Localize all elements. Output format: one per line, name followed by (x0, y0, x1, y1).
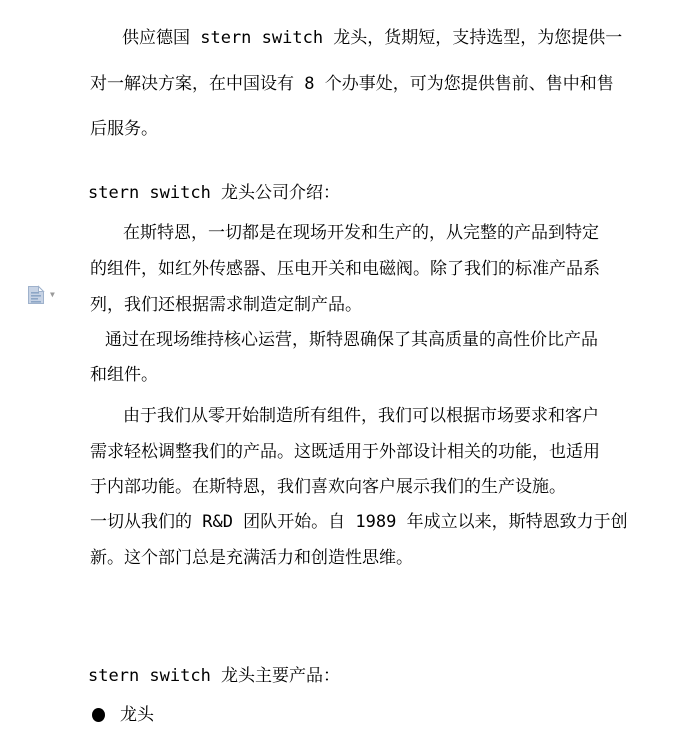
onsite-para-line-1: 在斯特恩，一切都是在现场开发和生产的，从完整的产品到特定 (123, 223, 599, 243)
core-para-line-1: 通过在现场维持核心运营，斯特恩确保了其高质量的高性价比产品 (105, 330, 598, 350)
products-heading: stern switch 龙头主要产品： (88, 666, 340, 686)
word-document-page: ▼ 供应德国 stern switch 龙头，货期短，支持选型，为您提供一 对一… (0, 0, 689, 741)
scratch-para-line-2: 需求轻松调整我们的产品。这既适用于外部设计相关的功能，也适用 (90, 442, 600, 462)
core-para-line-2: 和组件。 (90, 365, 158, 385)
product-list-item-label: 龙头 (120, 705, 154, 725)
onsite-para-line-3: 列，我们还根据需求制造定制产品。 (90, 295, 362, 315)
scratch-para-line-5: 新。这个部门总是充满活力和创造性思维。 (90, 548, 413, 568)
scratch-para-line-1: 由于我们从零开始制造所有组件，我们可以根据市场要求和客户 (123, 406, 599, 426)
onsite-para-line-2: 的组件，如红外传感器、压电开关和电磁阀。除了我们的标准产品系 (90, 259, 600, 279)
company-intro-heading: stern switch 龙头公司介绍： (88, 183, 340, 203)
scratch-para-line-4: 一切从我们的 R&D 团队开始。自 1989 年成立以来，斯特恩致力于创 (90, 512, 628, 532)
bullet-icon (92, 708, 105, 722)
product-list-item: 龙头 (92, 705, 154, 725)
document-text-canvas[interactable]: 供应德国 stern switch 龙头，货期短，支持选型，为您提供一 对一解决… (0, 0, 689, 741)
intro-line-1: 供应德国 stern switch 龙头，货期短，支持选型，为您提供一 (122, 28, 622, 48)
intro-line-2: 对一解决方案，在中国设有 8 个办事处，可为您提供售前、售中和售 (90, 74, 614, 94)
intro-line-3: 后服务。 (90, 119, 158, 139)
scratch-para-line-3: 于内部功能。在斯特恩，我们喜欢向客户展示我们的生产设施。 (90, 477, 566, 497)
